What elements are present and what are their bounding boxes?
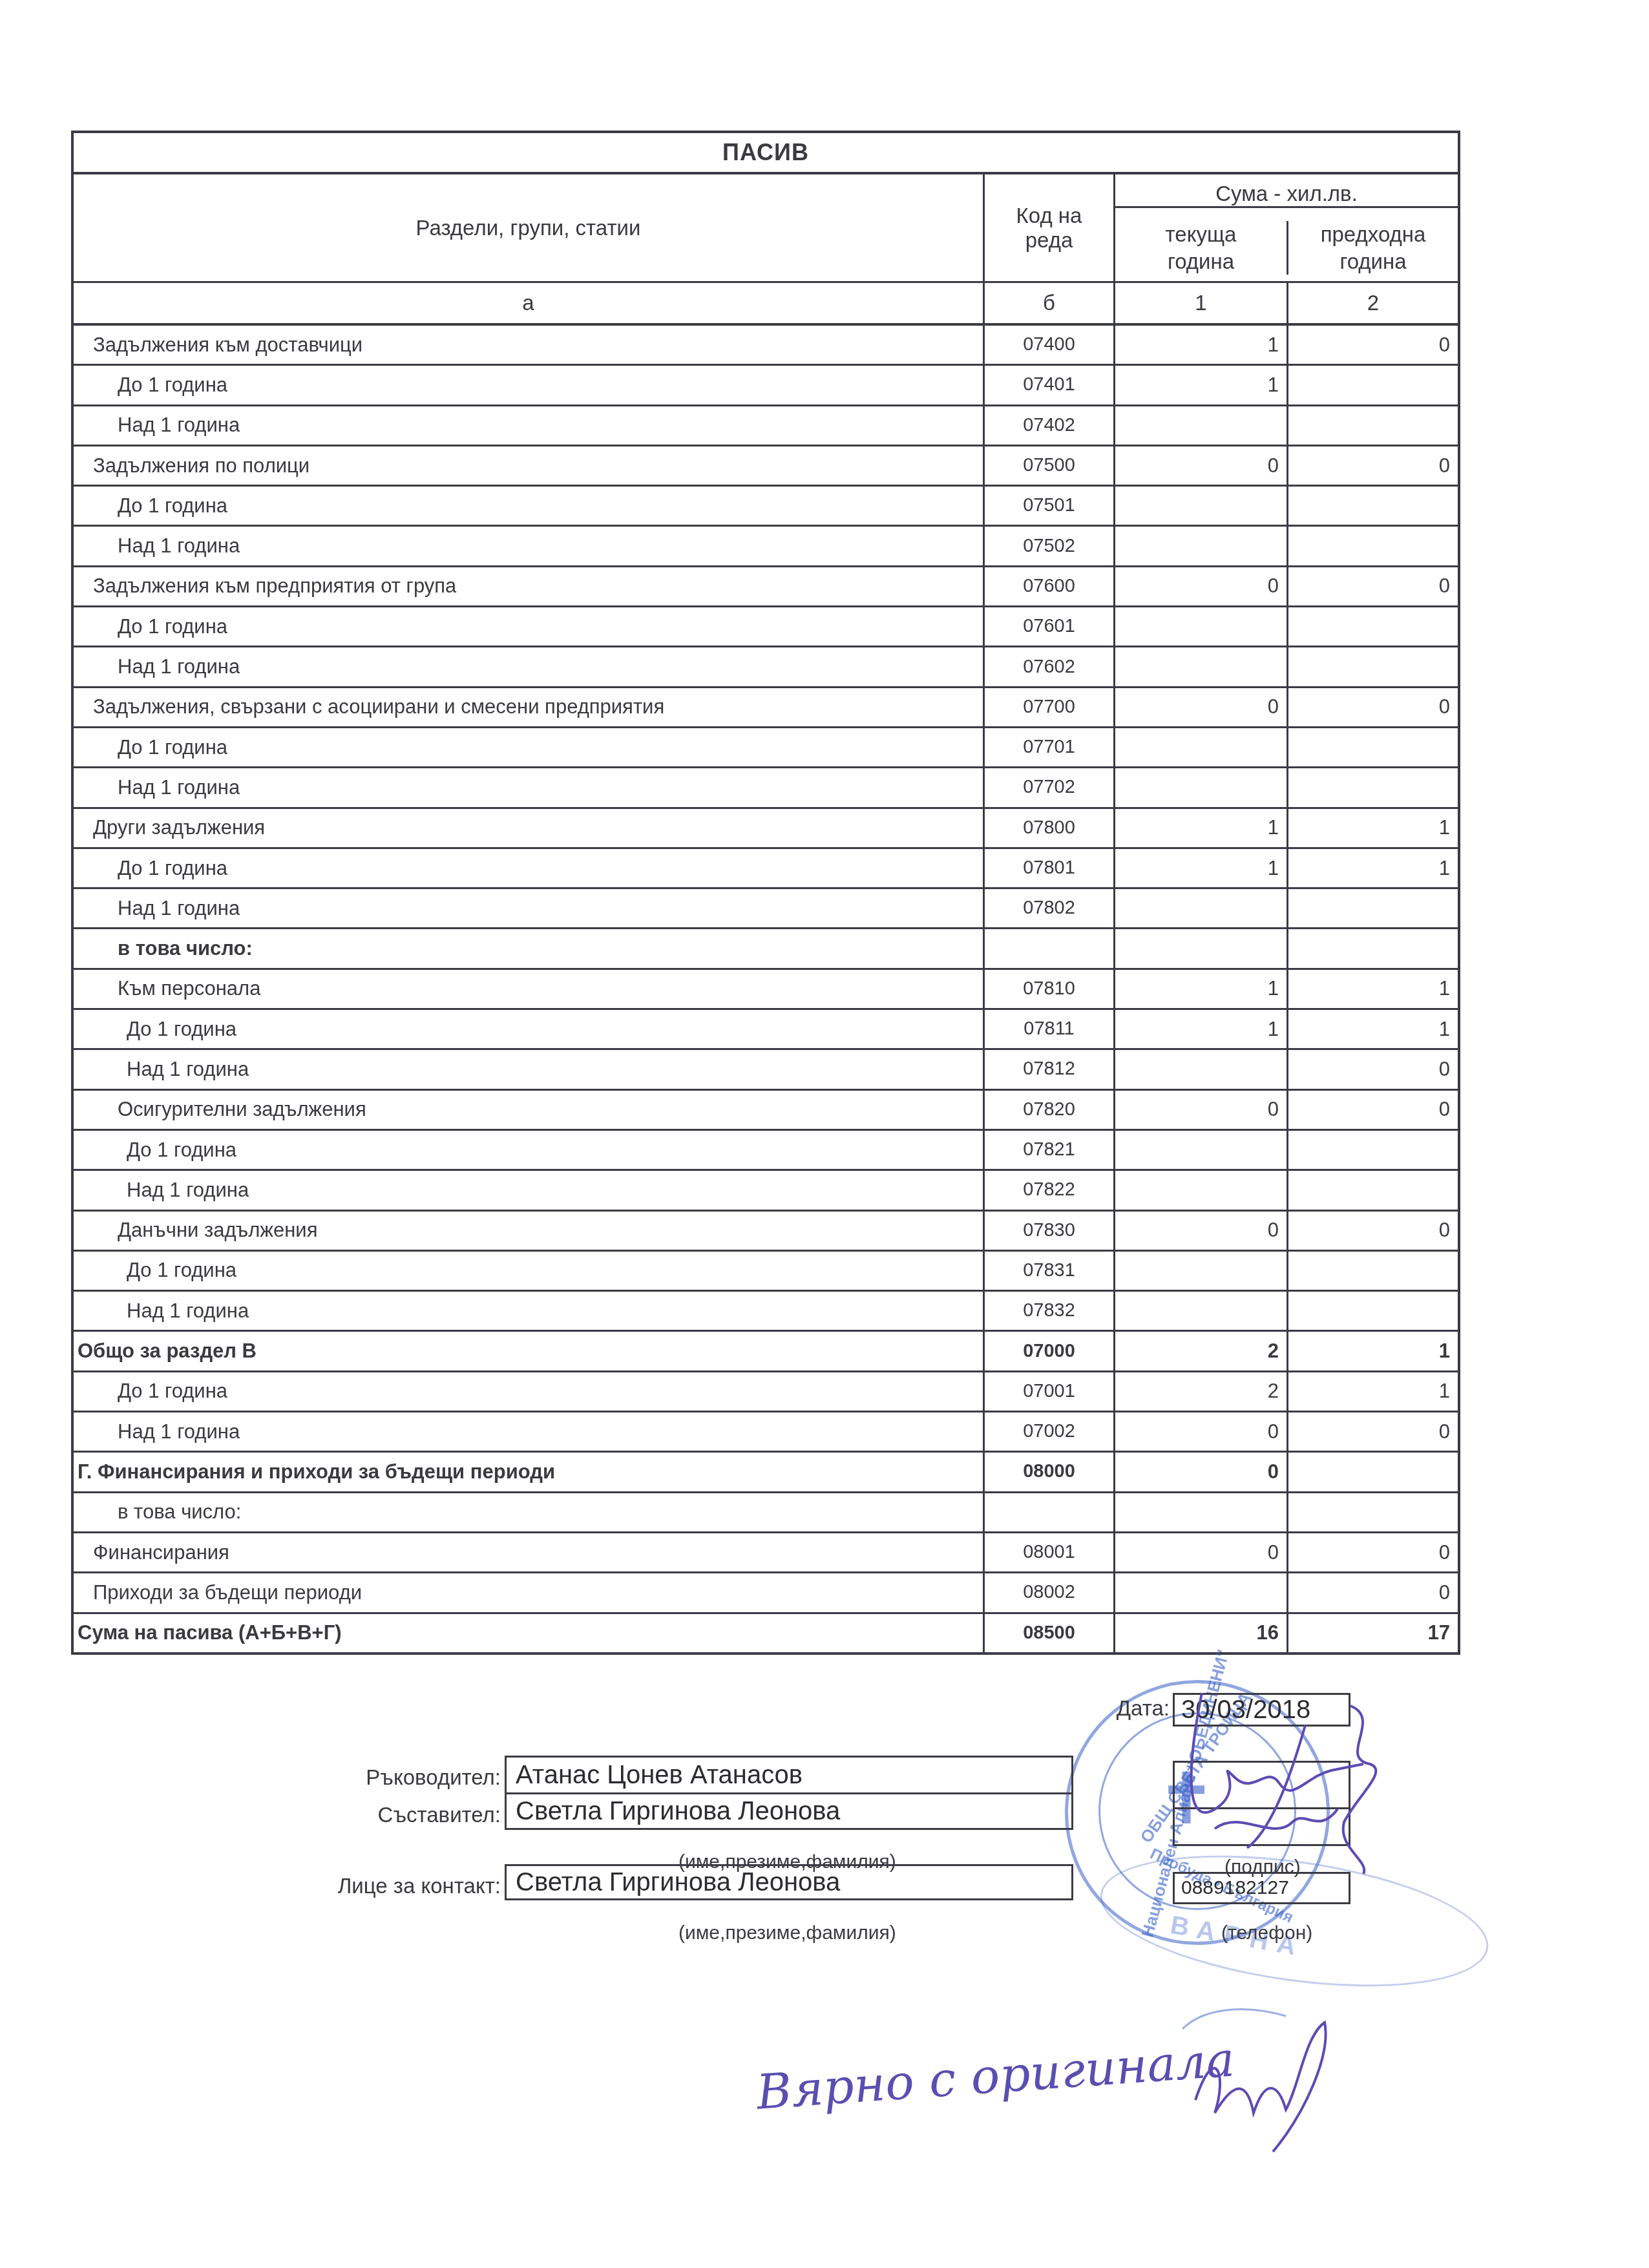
contact-label: Лице за контакт: — [204, 1874, 501, 1898]
row-code: 07822 — [985, 1171, 1115, 1209]
row-code: 07830 — [985, 1212, 1115, 1250]
prior-year-value — [1288, 1171, 1458, 1209]
prior-year-value — [1288, 889, 1458, 927]
row-label: Г. Финансирания и приходи за бъдещи пери… — [74, 1453, 985, 1491]
row-code: 07502 — [985, 527, 1115, 565]
current-year-value — [1115, 728, 1288, 766]
prior-year-value: 0 — [1288, 688, 1458, 726]
prior-year-value — [1288, 527, 1458, 565]
row-label: Над 1 година — [74, 889, 985, 927]
row-code: 07800 — [985, 809, 1115, 847]
prior-year-value: 1 — [1288, 970, 1458, 1008]
row-code: 07802 — [985, 889, 1115, 927]
table-row: Финансирания0800100 — [74, 1533, 1458, 1573]
row-label: Приходи за бъдещи периоди — [74, 1573, 985, 1612]
current-year-value — [1115, 487, 1288, 525]
prior-year-value: 0 — [1288, 1573, 1458, 1612]
current-year-value — [1115, 406, 1288, 445]
current-year-value: 0 — [1115, 1091, 1288, 1129]
table-row: Над 1 година07602 — [74, 647, 1458, 688]
row-code: 07000 — [985, 1332, 1115, 1370]
prior-year-header: предходна година — [1288, 221, 1458, 275]
current-year-value: 1 — [1115, 366, 1288, 404]
prior-year-value: 1 — [1288, 1332, 1458, 1370]
prior-year-value — [1288, 929, 1458, 967]
current-year-value — [1115, 768, 1288, 806]
prior-year-value: 1 — [1288, 1372, 1458, 1411]
prior-year-value — [1288, 607, 1458, 646]
current-year-value: 0 — [1115, 1453, 1288, 1491]
prior-year-value: 0 — [1288, 1091, 1458, 1129]
prior-year-value — [1288, 1252, 1458, 1290]
row-label: Над 1 година — [74, 1050, 985, 1088]
date-label: Дата: — [872, 1696, 1170, 1721]
table-row: Задължения към доставчици0740010 — [74, 326, 1458, 366]
table-row: Осигурителни задължения0782000 — [74, 1091, 1458, 1131]
prior-year-value: 17 — [1288, 1614, 1458, 1652]
current-year-header: текуща година — [1115, 221, 1288, 275]
prior-year-value: 0 — [1288, 1533, 1458, 1571]
table-row: в това число: — [74, 1493, 1458, 1533]
current-year-value: 1 — [1115, 970, 1288, 1008]
current-year-value: 1 — [1115, 326, 1288, 364]
row-label: До 1 година — [74, 728, 985, 766]
table-row: До 1 година0700121 — [74, 1372, 1458, 1412]
table-row: Приходи за бъдещи периоди080020 — [74, 1573, 1458, 1613]
prior-year-value — [1288, 728, 1458, 766]
row-code: 07701 — [985, 728, 1115, 766]
row-code: 07600 — [985, 567, 1115, 605]
prior-year-value — [1288, 1453, 1458, 1491]
table-row: До 1 година07601 — [74, 607, 1458, 647]
prior-year-value — [1288, 1292, 1458, 1330]
column-index-row: а б 1 2 — [74, 283, 1458, 326]
compiler-name-field: Светла Гиргинова Леонова — [505, 1792, 1073, 1830]
table-row: в това число: — [74, 929, 1458, 969]
table-row: Задължения по полици0750000 — [74, 446, 1458, 487]
current-year-value: 0 — [1115, 446, 1288, 485]
row-code: 07811 — [985, 1010, 1115, 1048]
current-year-value: 1 — [1115, 809, 1288, 847]
certified-copy-signature — [1176, 2003, 1344, 2158]
table-row: Задължения към предприятия от група07600… — [74, 567, 1458, 607]
manager-name-field: Атанас Цонев Атанасов — [505, 1756, 1073, 1794]
index-b: б — [985, 283, 1115, 323]
table-row: Над 1 година07822 — [74, 1171, 1458, 1211]
row-code: 07400 — [985, 326, 1115, 364]
current-year-value: 2 — [1115, 1332, 1288, 1370]
table-row: Над 1 година07502 — [74, 527, 1458, 567]
prior-year-value: 1 — [1288, 849, 1458, 887]
row-code: 07402 — [985, 406, 1115, 445]
row-label: Осигурителни задължения — [74, 1091, 985, 1129]
row-label: Над 1 година — [74, 768, 985, 806]
row-label: Над 1 година — [74, 406, 985, 445]
index-1: 1 — [1115, 283, 1288, 323]
row-code: 07702 — [985, 768, 1115, 806]
row-code: 07700 — [985, 688, 1115, 726]
table-row: Над 1 година0700200 — [74, 1412, 1458, 1453]
table-row: До 1 година074011 — [74, 366, 1458, 406]
table-row: Над 1 година07702 — [74, 768, 1458, 808]
row-label: в това число: — [74, 1493, 985, 1531]
row-label: Над 1 година — [74, 527, 985, 565]
sum-header-title: Сума - хил.лв. — [1115, 182, 1458, 208]
current-year-value — [1115, 1573, 1288, 1612]
current-year-value: 1 — [1115, 1010, 1288, 1048]
row-label: Над 1 година — [74, 1412, 985, 1451]
table-row: Г. Финансирания и приходи за бъдещи пери… — [74, 1453, 1458, 1493]
row-code: 07831 — [985, 1252, 1115, 1290]
row-code: 07810 — [985, 970, 1115, 1008]
row-label: Задължения към предприятия от група — [74, 567, 985, 605]
row-label: Над 1 година — [74, 647, 985, 686]
table-row: Сума на пасива (А+Б+В+Г)085001617 — [74, 1614, 1458, 1652]
table-row: Над 1 година07402 — [74, 406, 1458, 446]
table-row: До 1 година07831 — [74, 1252, 1458, 1292]
prior-year-value — [1288, 768, 1458, 806]
row-label: Общо за раздел В — [74, 1332, 985, 1370]
contact-hint: (име,презиме,фамилия) — [678, 1922, 896, 1944]
prior-year-value: 0 — [1288, 1212, 1458, 1250]
table-row: Над 1 година078120 — [74, 1050, 1458, 1090]
current-year-value — [1115, 527, 1288, 565]
current-year-value — [1115, 1252, 1288, 1290]
row-label: Други задължения — [74, 809, 985, 847]
current-year-value — [1115, 929, 1288, 967]
label-column-header: Раздели, групи, статии — [74, 174, 985, 281]
row-label: Над 1 година — [74, 1292, 985, 1330]
liabilities-table: ПАСИВ Раздели, групи, статии Код на реда… — [71, 131, 1460, 1655]
table-row: Над 1 година07802 — [74, 889, 1458, 929]
table-body: Задължения към доставчици0740010До 1 год… — [74, 326, 1458, 1652]
section-title: ПАСИВ — [74, 133, 1458, 174]
row-code: 08500 — [985, 1614, 1115, 1652]
prior-year-value: 1 — [1288, 809, 1458, 847]
row-label: До 1 година — [74, 366, 985, 404]
current-year-value — [1115, 1493, 1288, 1531]
table-row: Данъчни задължения0783000 — [74, 1212, 1458, 1252]
row-code: 08000 — [985, 1453, 1115, 1491]
prior-year-value: 0 — [1288, 1050, 1458, 1088]
code-column-header: Код на реда — [985, 174, 1115, 281]
row-label: Данъчни задължения — [74, 1212, 985, 1250]
row-code: 07602 — [985, 647, 1115, 686]
current-year-value: 0 — [1115, 1533, 1288, 1571]
row-code: 07401 — [985, 366, 1115, 404]
row-code: 07501 — [985, 487, 1115, 525]
table-row: Над 1 година07832 — [74, 1292, 1458, 1332]
current-year-value: 2 — [1115, 1372, 1288, 1411]
row-code: 07601 — [985, 607, 1115, 646]
current-year-value: 0 — [1115, 1212, 1288, 1250]
row-code: 07801 — [985, 849, 1115, 887]
row-code — [985, 929, 1115, 967]
contact-name-field: Светла Гиргинова Леонова — [505, 1864, 1073, 1900]
row-label: Задължения по полици — [74, 446, 985, 485]
compiler-label: Съставител: — [204, 1803, 501, 1827]
index-a: а — [74, 283, 985, 323]
row-label: До 1 година — [74, 1010, 985, 1048]
row-label: До 1 година — [74, 487, 985, 525]
current-year-value: 0 — [1115, 688, 1288, 726]
row-label: До 1 година — [74, 1372, 985, 1411]
row-code: 08001 — [985, 1533, 1115, 1571]
table-row: Общо за раздел В0700021 — [74, 1332, 1458, 1372]
current-year-value: 16 — [1115, 1614, 1288, 1652]
certified-copy-note: Вярно с оригинала — [755, 2032, 1236, 2120]
sum-column-header: Сума - хил.лв. текуща година предходна г… — [1115, 174, 1458, 281]
current-year-value — [1115, 889, 1288, 927]
table-row: До 1 година07501 — [74, 487, 1458, 527]
current-year-value — [1115, 607, 1288, 646]
row-label: До 1 година — [74, 1131, 985, 1169]
row-label: До 1 година — [74, 607, 985, 646]
row-code: 07820 — [985, 1091, 1115, 1129]
row-code: 07001 — [985, 1372, 1115, 1411]
row-label: Към персонала — [74, 970, 985, 1008]
handwritten-signature — [1176, 1680, 1409, 1887]
row-label: Задължения, свързани с асоциирани и смес… — [74, 688, 985, 726]
current-year-value — [1115, 1050, 1288, 1088]
row-code: 07812 — [985, 1050, 1115, 1088]
row-label: Финансирания — [74, 1533, 985, 1571]
table-row: До 1 година0781111 — [74, 1010, 1458, 1050]
row-label: Сума на пасива (А+Б+В+Г) — [74, 1614, 985, 1652]
prior-year-value — [1288, 366, 1458, 404]
phone-hint: (телефон) — [1221, 1922, 1312, 1944]
row-code: 07500 — [985, 446, 1115, 485]
current-year-value — [1115, 647, 1288, 686]
prior-year-value — [1288, 1493, 1458, 1531]
row-label: До 1 година — [74, 849, 985, 887]
prior-year-value: 1 — [1288, 1010, 1458, 1048]
table-row: До 1 година07821 — [74, 1131, 1458, 1171]
table-row: До 1 година07701 — [74, 728, 1458, 768]
prior-year-value: 0 — [1288, 326, 1458, 364]
prior-year-value — [1288, 487, 1458, 525]
prior-year-value: 0 — [1288, 446, 1458, 485]
row-label: До 1 година — [74, 1252, 985, 1290]
current-year-value: 1 — [1115, 849, 1288, 887]
table-row: Други задължения0780011 — [74, 809, 1458, 849]
prior-year-value — [1288, 406, 1458, 445]
row-label: Задължения към доставчици — [74, 326, 985, 364]
row-label: в това число: — [74, 929, 985, 967]
table-row: Към персонала0781011 — [74, 970, 1458, 1010]
prior-year-value — [1288, 647, 1458, 686]
column-headers: Раздели, групи, статии Код на реда Сума … — [74, 174, 1458, 283]
current-year-value — [1115, 1292, 1288, 1330]
table-row: Задължения, свързани с асоциирани и смес… — [74, 688, 1458, 728]
table-row: До 1 година0780111 — [74, 849, 1458, 889]
current-year-value: 0 — [1115, 1412, 1288, 1451]
current-year-value — [1115, 1131, 1288, 1169]
manager-label: Ръководител: — [204, 1765, 501, 1790]
row-code — [985, 1493, 1115, 1531]
prior-year-value — [1288, 1131, 1458, 1169]
current-year-value: 0 — [1115, 567, 1288, 605]
row-code: 07002 — [985, 1412, 1115, 1451]
current-year-value — [1115, 1171, 1288, 1209]
row-code: 07821 — [985, 1131, 1115, 1169]
prior-year-value: 0 — [1288, 1412, 1458, 1451]
index-2: 2 — [1288, 283, 1458, 323]
row-code: 08002 — [985, 1573, 1115, 1612]
prior-year-value: 0 — [1288, 567, 1458, 605]
row-label: Над 1 година — [74, 1171, 985, 1209]
row-code: 07832 — [985, 1292, 1115, 1330]
